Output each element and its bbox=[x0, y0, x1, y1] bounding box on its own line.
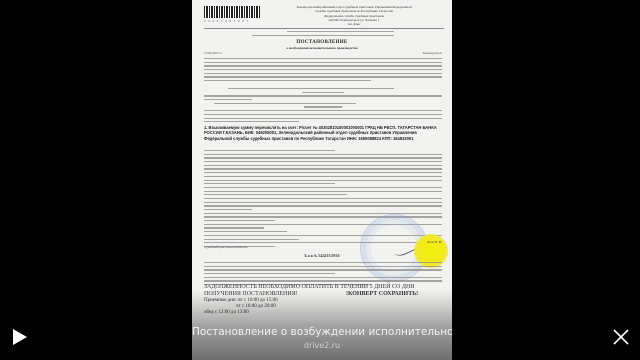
case-number: Б а ж № 5424/15/29/16 bbox=[192, 254, 452, 258]
barcode-number: 2 3 5 4 2 2 8 7 4 2 7 bbox=[204, 19, 249, 23]
close-viewer-button[interactable] bbox=[610, 326, 632, 348]
signer-label: Судебный пристав-исполнитель bbox=[204, 245, 248, 249]
payment-details: 1. Взыскиваемую сумму перечислять на сче… bbox=[204, 125, 444, 141]
body-paragraph-1 bbox=[204, 58, 442, 84]
signer-name: Блох Е. В. bbox=[427, 240, 442, 244]
barcode bbox=[204, 6, 260, 18]
header-line: тел. факс bbox=[264, 22, 444, 26]
image-viewer: 2 3 5 4 2 2 8 7 4 2 7 Зеленодольский рай… bbox=[0, 0, 640, 360]
text-line bbox=[287, 31, 394, 32]
document-header: Зеленодольский районный отдел судебных п… bbox=[264, 5, 444, 26]
text-line bbox=[252, 35, 395, 36]
document-image: 2 3 5 4 2 2 8 7 4 2 7 Зеленодольский рай… bbox=[192, 0, 452, 360]
close-icon bbox=[610, 326, 632, 348]
body-paragraph-2 bbox=[204, 88, 442, 125]
slideshow-play-button[interactable] bbox=[8, 326, 30, 348]
document-city: Зеленодольск bbox=[422, 51, 442, 55]
address-lines bbox=[204, 31, 442, 38]
divider bbox=[204, 28, 444, 29]
play-icon bbox=[8, 326, 30, 348]
document-title: ПОСТАНОВЛЕНИЕ bbox=[192, 40, 452, 45]
image-caption-title[interactable]: Постановление о возбуждении исполнительн… bbox=[192, 326, 452, 338]
document-subtitle: о возбуждении исполнительного производст… bbox=[192, 46, 452, 50]
image-source-domain[interactable]: drive2.ru bbox=[192, 341, 452, 350]
document-date: 15.02.2015 г. bbox=[204, 51, 222, 55]
